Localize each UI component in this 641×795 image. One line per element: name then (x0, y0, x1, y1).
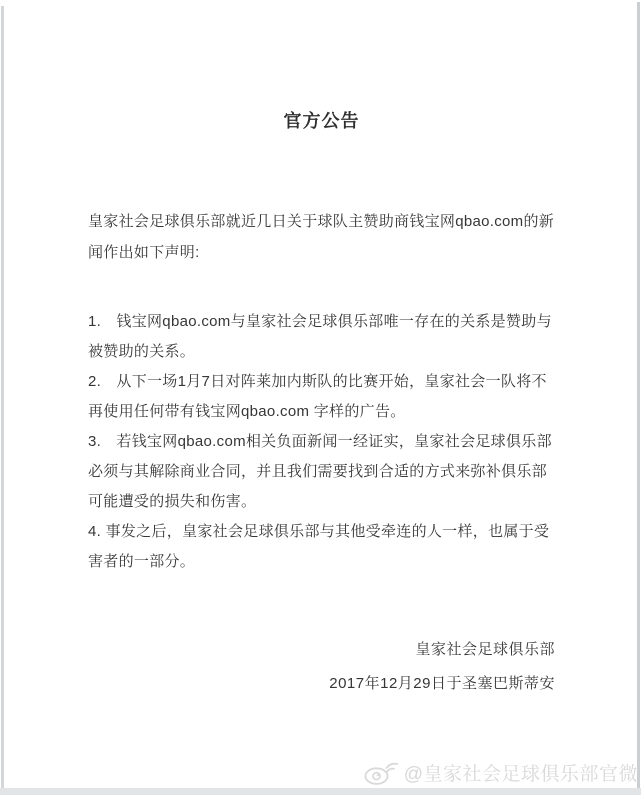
page-edge-bottom (0, 788, 641, 795)
weibo-icon (363, 757, 399, 787)
signature-block: 皇家社会足球俱乐部 2017年12月29日于圣塞巴斯蒂安 (88, 633, 555, 701)
statement-list: 1. 钱宝网qbao.com与皇家社会足球俱乐部唯一存在的关系是赞助与被赞助的关… (88, 307, 555, 577)
date-line: 2017年12月29日于圣塞巴斯蒂安 (88, 667, 555, 701)
watermark-text: @皇家社会足球俱乐部官微 (404, 759, 638, 786)
page-title: 官方公告 (88, 108, 555, 134)
statement-item-4: 4. 事发之后，皇家社会足球俱乐部与其他受牵连的人一样，也属于受害者的一部分。 (88, 517, 555, 577)
intro-paragraph: 皇家社会足球俱乐部就近几日关于球队主赞助商钱宝网qbao.com的新闻作出如下声… (88, 206, 555, 268)
page-edge-right (637, 2, 640, 795)
page-edge-left (1, 6, 4, 795)
statement-item-1: 1. 钱宝网qbao.com与皇家社会足球俱乐部唯一存在的关系是赞助与被赞助的关… (88, 307, 555, 367)
statement-item-2: 2. 从下一场1月7日对阵莱加内斯队的比赛开始，皇家社会一队将不再使用任何带有钱… (88, 367, 555, 427)
statement-item-3: 3. 若钱宝网qbao.com相关负面新闻一经证实，皇家社会足球俱乐部必须与其解… (88, 427, 555, 517)
signature: 皇家社会足球俱乐部 (88, 633, 555, 667)
announcement-document: 官方公告 皇家社会足球俱乐部就近几日关于球队主赞助商钱宝网qbao.com的新闻… (0, 0, 641, 795)
weibo-watermark: @皇家社会足球俱乐部官微 (363, 757, 638, 787)
document-body: 官方公告 皇家社会足球俱乐部就近几日关于球队主赞助商钱宝网qbao.com的新闻… (88, 0, 555, 701)
